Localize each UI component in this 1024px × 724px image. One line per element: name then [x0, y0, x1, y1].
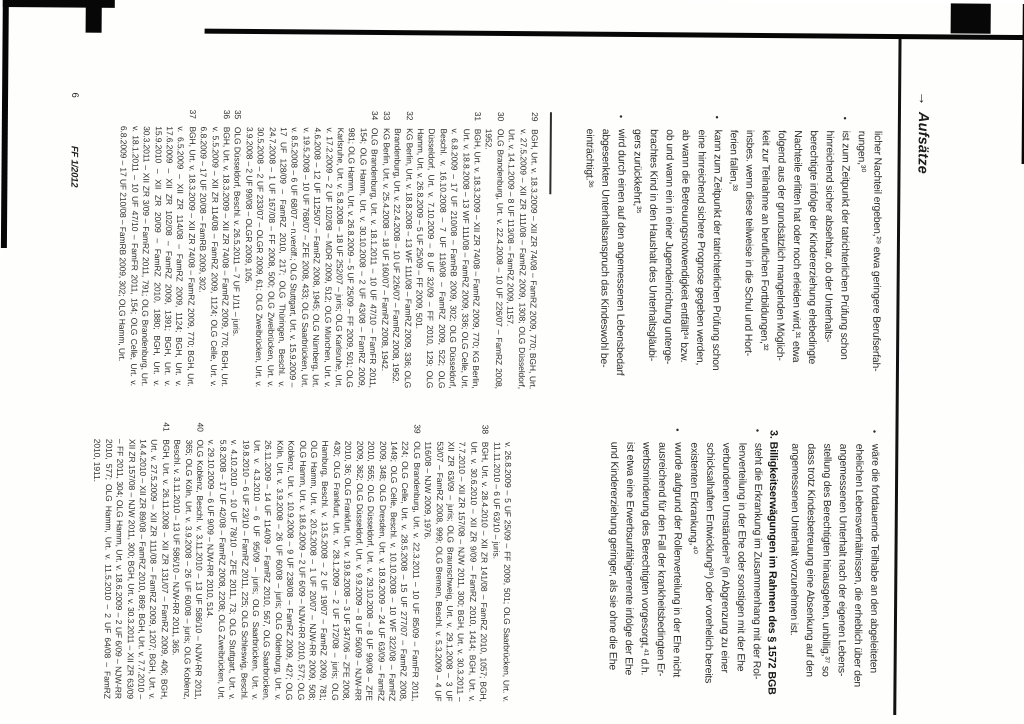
footnote-separator-rule — [550, 112, 552, 194]
footnote-text: OLG Koblenz, Beschl. v. 3.11.2010 – 13 U… — [171, 439, 206, 699]
footnote-item: 33KG Berlin, Urt. v. 25.4.2008 – 18 UF 1… — [378, 111, 392, 388]
body-line: ferien fallen,³³ — [723, 114, 741, 404]
body-line: •wird durch einen auf den angemessenen L… — [611, 113, 629, 403]
footnote-text: BGH, Urt. v. 28.4.2010 – XII ZR 141/08 –… — [423, 441, 491, 702]
footnote-number: 33 — [380, 111, 391, 120]
body-line: ob und wann ein in einer Jugendeinrichtu… — [659, 113, 677, 403]
body-line: lenverteilung in der Ehe oder sonstigen … — [731, 427, 749, 717]
body-line: ausreichend für den Fall der krankheitsb… — [651, 426, 669, 716]
footnote-text: KG Berlin, Urt. v. 25.4.2008 – 18 UF 160… — [380, 128, 392, 371]
footnotes-column-left: 29BGH, Urt. v. 18.3.2009 – XII ZR 74/08 … — [116, 109, 540, 389]
body-line: licher Nachteil ergeben,²⁹ etwa geringer… — [867, 115, 885, 405]
footnote-number: 41 — [160, 422, 171, 431]
body-line: und Kindererziehung geringer, als sie oh… — [603, 426, 621, 716]
footnote-item: 37BGH, Urt. v. 18.3.2009 – XII ZR 74/08 … — [116, 109, 198, 387]
body-line: folgend aus der grundsätzlich mangelnden… — [771, 114, 789, 404]
bullet-icon: • — [837, 117, 853, 120]
footnote-item: 38BGH, Urt. v. 28.4.2010 – XII ZR 141/08… — [420, 424, 491, 702]
footnote-text: BGH, Urt. v. 18.3.2009 – XII ZR 74/08 – … — [117, 126, 197, 387]
body-line: •kann zum Zeitpunkt der tatrichterlichen… — [707, 114, 725, 404]
body-line: schicksalhaften Entwicklung³⁹) oder vore… — [699, 426, 717, 716]
body-line: Nachteile erlitten hat oder noch erleide… — [787, 114, 805, 404]
body-line: •wurde aufgrund der Rollenverteilung in … — [667, 426, 685, 716]
body-line: verbundenen Umständen³⁸ (in Abgrenzung z… — [715, 427, 733, 717]
footnote-number: 30 — [494, 112, 505, 121]
page-header: →Aufsätze — [914, 91, 931, 174]
body-column-left: licher Nachteil ergeben,²⁹ etwa geringer… — [579, 113, 885, 405]
arrow-right-icon: → — [915, 91, 931, 106]
footnote-number: 37 — [186, 109, 197, 118]
footnote-item: 35OLG Düsseldorf, Beschl. v. 26.5.2011 –… — [230, 110, 244, 387]
footnote-item: 36BGH, Urt. v. 18.3.2009 – XII ZR 74/08 … — [196, 110, 232, 387]
footnote-number: 36 — [221, 110, 232, 119]
body-line: eine hinreichend sichere Prognose gegebe… — [691, 113, 709, 403]
footnote-text: OLG Brandenburg, Urt. v. 18.1.2011 – 10 … — [243, 127, 380, 388]
bullet-icon: • — [613, 115, 629, 118]
footnote-text: v. 26.8.2009 – 5 UF 25/09 – FF 2009, 501… — [491, 442, 513, 702]
rotated-journal-page: →Aufsätze licher Nachteil ergeben,²⁹ etw… — [0, 0, 1024, 724]
body-line: abgesenkten Unterhaltsanspruch das Kinde… — [595, 113, 613, 403]
bullet-icon: • — [669, 428, 685, 431]
footnote-text: BGH, Urt. v. 18.3.2009 – XII ZR 74/08 – … — [505, 129, 539, 389]
section-heading: 3. Billigkeitserwägungen im Rahmen des §… — [763, 427, 781, 717]
body-line: angemessenen Unterhalt nach der eigenen … — [832, 428, 850, 718]
footnote-item: 34OLG Brandenburg, Urt. v. 18.1.2011 – 1… — [241, 110, 380, 388]
body-line: •ist zum Zeitpunkt der tatrichterlichen … — [835, 115, 853, 405]
body-line: werbsminderung des Berechtigten vorgesor… — [635, 426, 653, 716]
footnotes-column-right: v. 26.8.2009 – 5 UF 25/09 – FF 2009, 501… — [89, 422, 513, 702]
footnote-item: 39OLG Brandenburg, Urt. v. 22.3.2011 – 1… — [203, 423, 422, 702]
footnote-item: 29BGH, Urt. v. 18.3.2009 – XII ZR 74/08 … — [504, 112, 540, 389]
footnote-item: 31BGH, Urt. v. 18.3.2009 – XII ZR 74/08 … — [412, 111, 483, 389]
section-title: Aufsätze — [914, 112, 930, 174]
footnote-item: 32KG Berlin, Urt. v. 18.8.2008 – 13 WF 1… — [390, 111, 415, 388]
footnote-text: OLG Brandenburg, Urt. v. 22.4.2008 – 10 … — [484, 129, 506, 389]
bullet-icon: • — [709, 116, 725, 119]
body-line: hinreichend sicher absehbar, ob der Unte… — [819, 114, 837, 404]
footnote-number: 29 — [528, 112, 539, 121]
footnote-text: OLG Brandenburg, Urt. v. 22.3.2011 – 10 … — [205, 440, 422, 702]
body-line: einträchtigt.³⁶ — [579, 113, 597, 403]
footnote-number: 39 — [411, 424, 422, 433]
body-line: stellung des Berechtigten hinausgehen, u… — [816, 427, 834, 717]
body-line: insbes. wenn diese teilweise in die Schu… — [739, 114, 757, 404]
body-line: angemessenen Unterhalt vorzunehmen ist. — [784, 427, 802, 717]
journal-issue: FF 1/2012 — [68, 146, 79, 188]
footnote-text: OLG Düsseldorf, Beschl. v. 26.5.2011 – 7… — [232, 127, 244, 336]
body-line: •steht die Erkrankung im Zusammenhang mi… — [747, 427, 765, 717]
body-line: gers zurückkehrt,³⁵ — [627, 113, 645, 403]
scan-artifact-edge-bar — [86, 0, 102, 33]
body-line: rungen,³⁰ — [851, 115, 869, 405]
footnote-text: KG Berlin, Urt. v. 18.8.2008 – 13 WF 111… — [391, 128, 414, 388]
footnote-item: 40OLG Koblenz, Beschl. v. 3.11.2010 – 13… — [169, 422, 205, 699]
footnote-text: BGH, Urt. v. 18.3.2009 – XII ZR 74/08 – … — [414, 128, 483, 389]
header-rule — [894, 39, 902, 715]
footnote-number: 31 — [471, 112, 482, 121]
footnote-number: 34 — [369, 111, 380, 120]
body-line: brachtes Kind in den Haushalt des Unterh… — [643, 113, 661, 403]
footnote-item: 30OLG Brandenburg, Urt. v. 22.4.2008 – 1… — [481, 112, 506, 389]
body-column-right: •wäre die fortdauernde Teilhabe an den a… — [603, 426, 882, 718]
footnote-number: 40 — [194, 423, 205, 432]
body-line: dass trotz Kindesbetreuung eine Absenkun… — [800, 427, 818, 717]
body-line: ehelichen Lebensverhältnissen, die erheb… — [848, 428, 866, 718]
body-line: keit zur Teilnahme an beruflichen Fortbi… — [755, 114, 773, 404]
page-footer: 6FF 1/2012 — [68, 93, 80, 188]
footnote-number: 38 — [479, 425, 490, 434]
footnote-text: BGH, Urt. v. 26.11.2008 – XII ZR 131/07 … — [92, 439, 171, 700]
scan-artifact-bottom-edge-line — [1, 0, 9, 248]
footnote-item: 41BGH, Urt. v. 26.11.2008 – XII ZR 131/0… — [89, 422, 171, 700]
scanned-page-viewport: →Aufsätze licher Nachteil ergeben,²⁹ etw… — [0, 0, 1024, 724]
body-line: ist etwa eine Erwerbsunfähigenrente info… — [619, 426, 637, 716]
bullet-icon: • — [866, 430, 882, 433]
scan-artifact-black-square — [951, 3, 991, 33]
body-line: •wäre die fortdauernde Teilhabe an den a… — [864, 428, 882, 718]
footnote-number: 32 — [403, 111, 414, 120]
footnote-item: v. 26.8.2009 – 5 UF 25/09 – FF 2009, 501… — [489, 425, 514, 702]
footnote-number: 35 — [232, 110, 243, 119]
bullet-icon: • — [749, 429, 765, 432]
body-line: ab wann die Betreuungsnotwendigkeit entf… — [675, 113, 693, 403]
body-line: existenten Erkrankung,⁴⁰ — [683, 426, 701, 716]
footnote-text: BGH, Urt. v. 18.3.2009 – XII ZR 74/08 – … — [198, 127, 232, 387]
body-line: berechtigte infolge der Kindererziehung … — [803, 114, 821, 404]
page-number: 6 — [69, 93, 80, 98]
